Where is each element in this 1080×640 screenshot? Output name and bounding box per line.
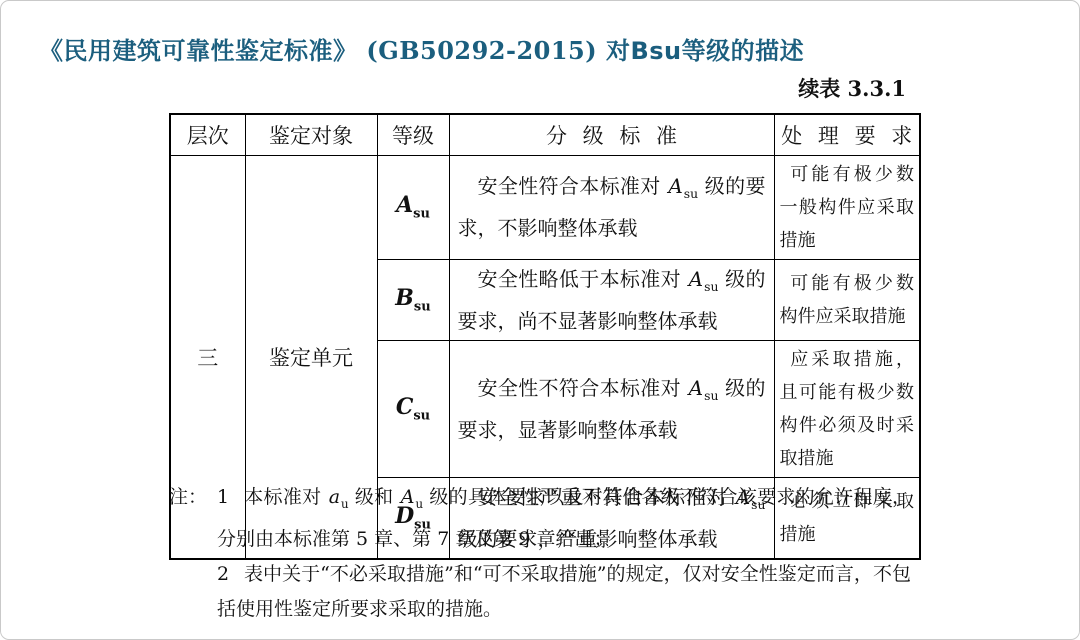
table-row: 三 鉴定单元 Asu 安全性符合本标准对 Asu 级的要求，不影响整体承载 可能… [170, 155, 920, 259]
treatment-cell: 可能有极少数构件应采取措施 [774, 259, 920, 340]
header-cell-criteria: 分 级 标 准 [449, 114, 774, 155]
notes: 注： 1本标准对 au 级和 Au 级的具体要求以及对其他各级不符合该要求的允许… [169, 480, 911, 627]
header-cell-treatment: 处 理 要 求 [774, 114, 920, 155]
grade-subscript: su [413, 408, 430, 423]
header-cell-target: 鉴定对象 [245, 114, 377, 155]
grade-cell-b: Bsu [377, 259, 449, 340]
note-text: 表中关于“不必采取措施”和“可不采取措施”的规定，仅对安全性鉴定而言，不包括使用… [217, 563, 911, 620]
page-title: 《民用建筑可靠性鉴定标准》 (GB50292-2015) 对Bsu等级的描述 [39, 31, 804, 66]
criteria-cell: 安全性不符合本标准对 Asu 级的要求，显著影响整体承载 [449, 340, 774, 477]
treatment-cell: 可能有极少数一般构件应采取措施 [774, 155, 920, 259]
note-text: 本标准对 au 级和 Au 级的具体要求以及对其他各级不符合该要求的允许程度，分… [217, 486, 911, 550]
note-item: 1本标准对 au 级和 Au 级的具体要求以及对其他各级不符合该要求的允许程度，… [217, 480, 911, 557]
header-cell-grade: 等级 [377, 114, 449, 155]
grade-subscript: su [413, 207, 430, 222]
criteria-cell: 安全性略低于本标准对 Asu 级的要求，尚不显著影响整体承载 [449, 259, 774, 340]
treatment-cell: 应采取措施，且可能有极少数构件必须及时采取措施 [774, 340, 920, 477]
criteria-cell: 安全性符合本标准对 Asu 级的要求，不影响整体承载 [449, 155, 774, 259]
header-row: 层次 鉴定对象 等级 分 级 标 准 处 理 要 求 [170, 114, 920, 155]
grade-letter: B [395, 285, 414, 311]
note-item: 2表中关于“不必采取措施”和“可不采取措施”的规定，仅对安全性鉴定而言，不包括使… [217, 557, 911, 627]
grade-cell-c: Csu [377, 340, 449, 477]
note-number: 1 [217, 480, 231, 515]
table-caption: 续表 3.3.1 [169, 73, 906, 103]
grade-subscript: su [414, 299, 431, 314]
grade-letter: A [396, 192, 413, 218]
grade-letter: C [396, 394, 414, 420]
grade-cell-a: Asu [377, 155, 449, 259]
header-cell-level: 层次 [170, 114, 245, 155]
notes-label: 注： [169, 480, 207, 515]
note-number: 2 [217, 557, 231, 592]
page: 《民用建筑可靠性鉴定标准》 (GB50292-2015) 对Bsu等级的描述 续… [0, 0, 1080, 640]
